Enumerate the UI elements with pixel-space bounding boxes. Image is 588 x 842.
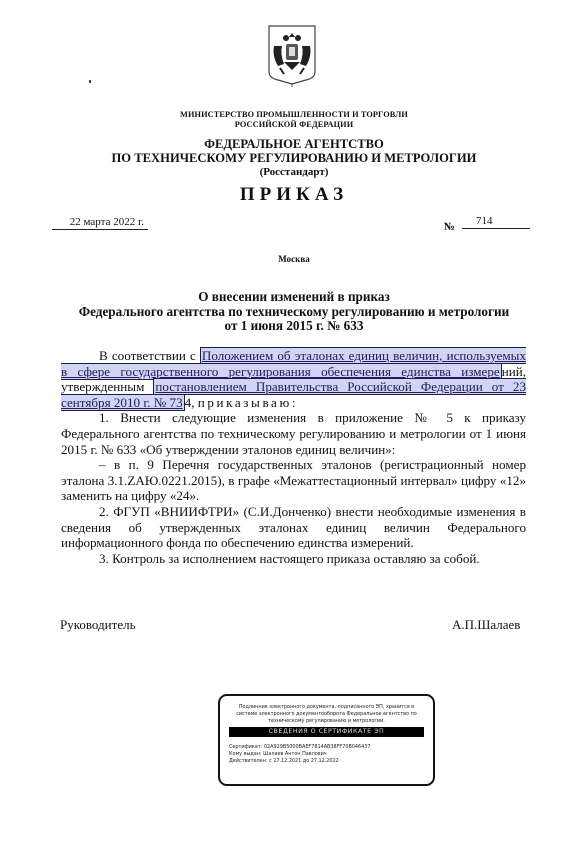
certificate-validity: с 27.12.2021 до 27.12.2022 bbox=[269, 758, 339, 764]
preamble: В соответствии с Положением об эталонах … bbox=[61, 348, 526, 410]
certificate-owner: Шалаев Антон Павлович bbox=[263, 751, 327, 757]
stamp-text: Подлинник электронного документа, подпис… bbox=[220, 704, 433, 725]
item-1-sub: – в п. 9 Перечня государственных эталоно… bbox=[61, 457, 526, 504]
ministry-line2: РОССИЙСКОЙ ФЕДЕРАЦИИ bbox=[0, 120, 588, 130]
item-1: 1. Внести следующие изменения в приложен… bbox=[61, 410, 526, 457]
order-body: В соответствии с Положением об эталонах … bbox=[61, 348, 526, 566]
title-line2: Федерального агентства по техническому р… bbox=[0, 305, 588, 320]
city: Москва bbox=[0, 254, 588, 264]
coat-of-arms-icon bbox=[266, 24, 318, 88]
order-number: 714 bbox=[462, 215, 530, 229]
title-line3: от 1 июня 2015 г. № 633 bbox=[0, 319, 588, 334]
order-title: О внесении изменений в приказ Федерально… bbox=[0, 290, 588, 334]
e-signature-stamp: Подлинник электронного документа, подпис… bbox=[218, 694, 435, 786]
doc-type: ПРИКАЗ bbox=[0, 184, 588, 206]
agency-name: ФЕДЕРАЛЬНОЕ АГЕНТСТВО ПО ТЕХНИЧЕСКОМУ РЕ… bbox=[0, 137, 588, 179]
order-date: 22 марта 2022 г. bbox=[52, 216, 148, 230]
signer-position: Руководитель bbox=[60, 617, 136, 633]
certificate-bar: СВЕДЕНИЯ О СЕРТИФИКАТЕ ЭП bbox=[229, 727, 424, 737]
agency-short: (Росстандарт) bbox=[0, 165, 588, 179]
certificate-id: 02A929B5000BAEF7814AB38FF70B046437 bbox=[264, 744, 371, 750]
agency-line2: ПО ТЕХНИЧЕСКОМУ РЕГУЛИРОВАНИЮ И МЕТРОЛОГ… bbox=[0, 151, 588, 165]
order-word: приказываю: bbox=[198, 395, 298, 410]
agency-line1: ФЕДЕРАЛЬНОЕ АГЕНТСТВО bbox=[0, 137, 588, 151]
item-3: 3. Контроль за исполнением настоящего пр… bbox=[61, 551, 526, 567]
number-sign: № bbox=[444, 221, 455, 233]
title-line1: О внесении изменений в приказ bbox=[0, 290, 588, 305]
ministry-line1: МИНИСТЕРСТВО ПРОМЫШЛЕННОСТИ И ТОРГОВЛИ bbox=[0, 110, 588, 120]
item-2: 2. ФГУП «ВНИИФТРИ» (С.И.Донченко) внести… bbox=[61, 504, 526, 551]
scan-artifact bbox=[89, 80, 91, 83]
signer-name: А.П.Шалаев bbox=[452, 617, 520, 633]
ministry-name: МИНИСТЕРСТВО ПРОМЫШЛЕННОСТИ И ТОРГОВЛИ Р… bbox=[0, 110, 588, 130]
certificate-details: Сертификат: 02A929B5000BAEF7814AB38FF70B… bbox=[220, 744, 433, 765]
